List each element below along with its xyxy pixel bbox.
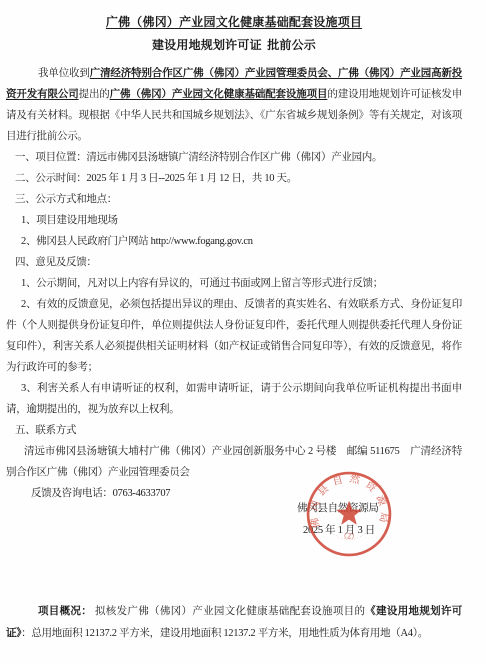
method-item-website: 2、佛冈县人民政府门户网站 http://www.fogang.gov.cn [6, 231, 462, 252]
intro-lead: 我单位收到 [38, 68, 90, 79]
section-project-location: 一、项目位置：清远市佛冈县汤塘镇广清经济特别合作区广佛（佛冈）产业园内。 [6, 147, 462, 168]
contact-address: 清远市佛冈县汤塘镇大埔村广佛（佛冈）产业园创新服务中心 2 号楼 邮编 5116… [6, 441, 462, 483]
notice-subtitle-rest: 批前公示 [267, 38, 316, 52]
signature-date: 2025 年 1 月 3 日 [303, 523, 375, 538]
project-overview-paragraph: 项目概况： 拟核发广佛（佛冈）产业园文化健康基础配套设施项目的《建设用地规划许可… [6, 601, 462, 645]
section-contact-heading: 五、联系方式 [6, 420, 462, 441]
feedback-item-2: 2、有效的反馈意见，必须包括提出异议的理由、反馈者的真实姓名、有效联系方式、身份… [6, 294, 462, 378]
contact-phone: 反馈及咨询电话：0763-4633707 [6, 483, 462, 504]
feedback-item-3: 3、利害关系人有申请听证的权利，如需申请听证，请于公示期间向我单位听证机构提出书… [6, 378, 462, 420]
feedback-item-1: 1、公示期间，凡对以上内容有异议的，可通过书面或网上留言等形式进行反馈； [6, 273, 462, 294]
notice-title: 广佛（佛冈）产业园文化健康基础配套设施项目 [6, 11, 462, 34]
section-feedback-heading: 四、意见及反馈： [6, 252, 462, 273]
overview-lead: 拟核发广佛（佛冈）产业园文化健康基础配套设施项目的 [92, 606, 365, 617]
section-method-heading: 三、公示方式和地点： [6, 189, 462, 210]
signature-agency: 佛冈县自然资源局 [297, 501, 379, 516]
notice-subtitle-permit: 建设用地规划许可证 [152, 38, 262, 52]
intro-paragraph: 我单位收到广清经济特别合作区广佛（佛冈）产业园管理委员会、广佛（佛冈）产业园高新… [6, 63, 462, 147]
section-notice-period: 二、公示时间：2025 年 1 月 3 日--2025 年 1 月 12 日，共… [6, 168, 462, 189]
notice-subtitle: 建设用地规划许可证批前公示 [6, 34, 462, 57]
intro-project-name: 广佛（佛冈）产业园文化健康基础配套设施项目 [110, 89, 328, 100]
notice-body: 广佛（佛冈）产业园文化健康基础配套设施项目 建设用地规划许可证批前公示 我单位收… [0, 0, 486, 504]
notice-document: 广佛（佛冈）产业园文化健康基础配套设施项目 建设用地规划许可证批前公示 我单位收… [0, 0, 486, 664]
intro-mid: 提出的 [79, 89, 110, 100]
overview-label: 项目概况： [38, 606, 92, 617]
method-item-site: 1、项目建设用地现场 [6, 210, 462, 231]
notice-title-text: 广佛（佛冈）产业园文化健康基础配套设施项目 [106, 15, 362, 29]
overview-rest: ：总用地面积 12137.2 平方米，建设用地面积 12137.2 平方米，用地… [21, 628, 428, 639]
